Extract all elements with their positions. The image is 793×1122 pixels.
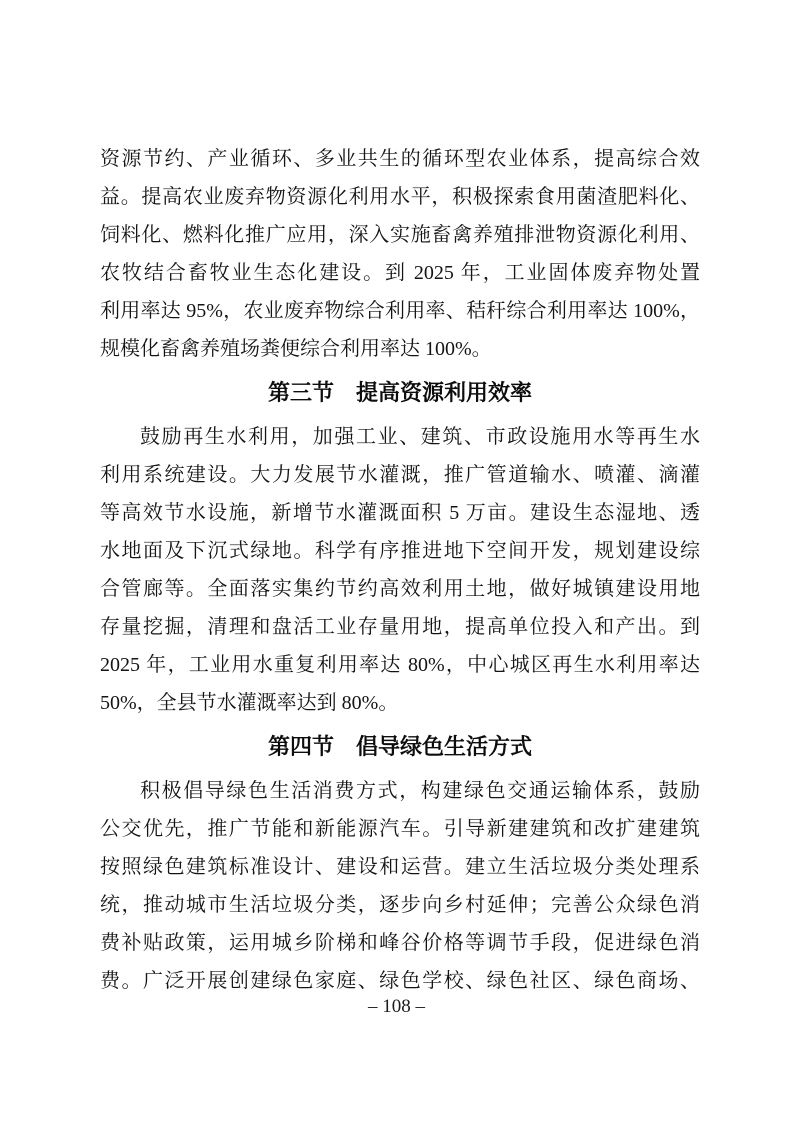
- text-line: 积极倡导绿色生活消费方式，构建绿色交通运输体系，鼓励: [100, 772, 700, 810]
- document-page: 资源节约、产业循环、多业共生的循环型农业体系，提高综合效 益。提高农业废弃物资源…: [0, 0, 793, 1122]
- text-line: 益。提高农业废弃物资源化利用水平，积极探索食用菌渣肥料化、: [100, 178, 700, 216]
- text-line: 合管廊等。全面落实集约节约高效利用土地，做好城镇建设用地: [100, 570, 700, 608]
- text-line: 鼓励再生水利用，加强工业、建筑、市政设施用水等再生水: [100, 418, 700, 456]
- text-line: 公交优先，推广节能和新能源汽车。引导新建建筑和改扩建建筑: [100, 810, 700, 848]
- document-body: 资源节约、产业循环、多业共生的循环型农业体系，提高综合效 益。提高农业废弃物资源…: [100, 140, 700, 1000]
- text-line: 按照绿色建筑标准设计、建设和运营。建立生活垃圾分类处理系: [100, 848, 700, 886]
- text-line: 规模化畜禽养殖场粪便综合利用率达 100%。: [100, 330, 700, 368]
- section4-heading: 第四节 倡导绿色生活方式: [100, 728, 700, 766]
- text-line: 利用系统建设。大力发展节水灌溉，推广管道输水、喷灌、滴灌: [100, 456, 700, 494]
- text-line: 饲料化、燃料化推广应用，深入实施畜禽养殖排泄物资源化利用、: [100, 216, 700, 254]
- section3-paragraph: 鼓励再生水利用，加强工业、建筑、市政设施用水等再生水 利用系统建设。大力发展节水…: [100, 418, 700, 722]
- text-line: 费补贴政策，运用城乡阶梯和峰谷价格等调节手段，促进绿色消: [100, 924, 700, 962]
- text-line: 2025 年，工业用水重复利用率达 80%，中心城区再生水利用率达: [100, 646, 700, 684]
- text-line: 利用率达 95%，农业废弃物综合利用率、秸秆综合利用率达 100%，: [100, 292, 700, 330]
- text-line: 50%，全县节水灌溉率达到 80%。: [100, 684, 700, 722]
- paragraph-continued: 资源节约、产业循环、多业共生的循环型农业体系，提高综合效 益。提高农业废弃物资源…: [100, 140, 700, 368]
- text-line: 资源节约、产业循环、多业共生的循环型农业体系，提高综合效: [100, 140, 700, 178]
- section3-heading: 第三节 提高资源利用效率: [100, 374, 700, 412]
- page-number: – 108 –: [0, 995, 793, 1019]
- text-line: 统，推动城市生活垃圾分类，逐步向乡村延伸；完善公众绿色消: [100, 886, 700, 924]
- text-line: 水地面及下沉式绿地。科学有序推进地下空间开发，规划建设综: [100, 532, 700, 570]
- text-line: 农牧结合畜牧业生态化建设。到 2025 年，工业固体废弃物处置: [100, 254, 700, 292]
- text-line: 存量挖掘，清理和盘活工业存量用地，提高单位投入和产出。到: [100, 608, 700, 646]
- section4-paragraph: 积极倡导绿色生活消费方式，构建绿色交通运输体系，鼓励 公交优先，推广节能和新能源…: [100, 772, 700, 1000]
- text-line: 等高效节水设施，新增节水灌溉面积 5 万亩。建设生态湿地、透: [100, 494, 700, 532]
